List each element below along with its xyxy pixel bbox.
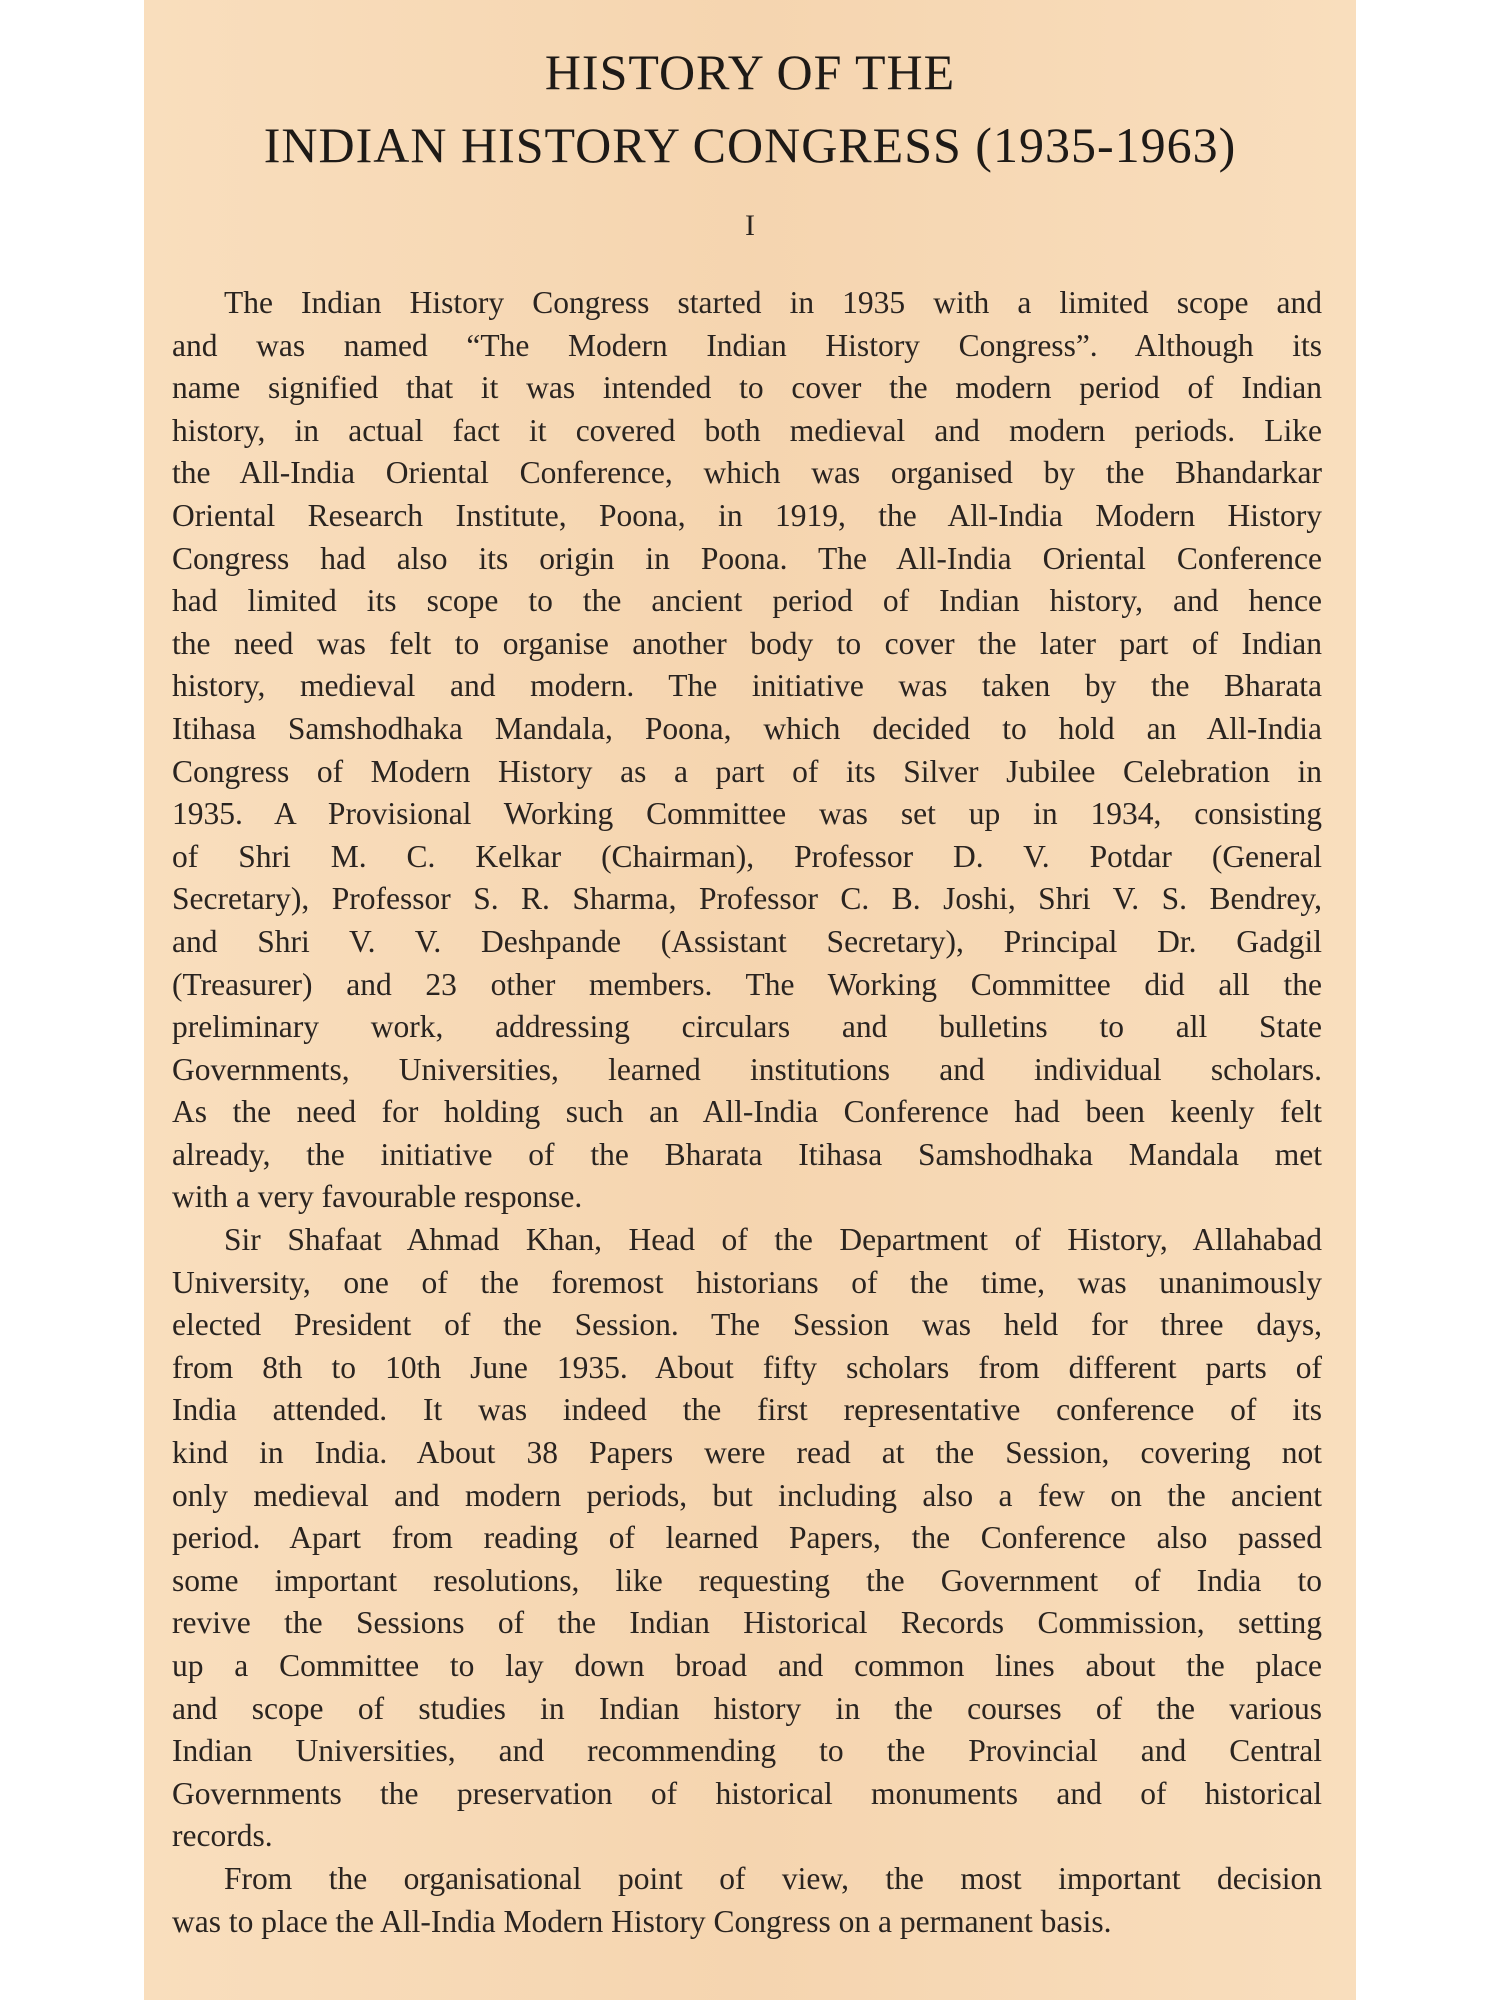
text-line: Itihasa Samshodhaka Mandala, Poona, whic…	[172, 708, 1322, 751]
page-title-line-1: HISTORY OF THE	[144, 42, 1356, 102]
text-line: Sir Shafaat Ahmad Khan, Head of the Depa…	[172, 1219, 1322, 1262]
paragraph: From the organisational point of view, t…	[172, 1858, 1322, 1943]
text-line: records.	[172, 1815, 1322, 1858]
text-line: was to place the All-India Modern Histor…	[172, 1901, 1322, 1944]
text-line: Secretary), Professor S. R. Sharma, Prof…	[172, 878, 1322, 921]
text-line: the All-India Oriental Conference, which…	[172, 452, 1322, 495]
text-line: had limited its scope to the ancient per…	[172, 580, 1322, 623]
text-line: preliminary work, addressing circulars a…	[172, 1006, 1322, 1049]
text-line: As the need for holding such an All-Indi…	[172, 1091, 1322, 1134]
text-line: revive the Sessions of the Indian Histor…	[172, 1602, 1322, 1645]
text-line: Congress had also its origin in Poona. T…	[172, 538, 1322, 581]
text-line: and was named “The Modern Indian History…	[172, 325, 1322, 368]
text-line: name signified that it was intended to c…	[172, 367, 1322, 410]
text-line: only medieval and modern periods, but in…	[172, 1475, 1322, 1518]
page-title-line-2: INDIAN HISTORY CONGRESS (1935-1963)	[144, 112, 1356, 178]
text-line: Congress of Modern History as a part of …	[172, 751, 1322, 794]
text-line: history, medieval and modern. The initia…	[172, 665, 1322, 708]
paragraph: The Indian History Congress started in 1…	[172, 282, 1322, 1219]
text-line: University, one of the foremost historia…	[172, 1262, 1322, 1305]
text-line: and scope of studies in Indian history i…	[172, 1688, 1322, 1731]
text-line: the need was felt to organise another bo…	[172, 623, 1322, 666]
text-line: period. Apart from reading of learned Pa…	[172, 1517, 1322, 1560]
text-line: Indian Universities, and recommending to…	[172, 1730, 1322, 1773]
text-line: from 8th to 10th June 1935. About fifty …	[172, 1347, 1322, 1390]
text-line: some important resolutions, like request…	[172, 1560, 1322, 1603]
text-line: already, the initiative of the Bharata I…	[172, 1134, 1322, 1177]
text-line: history, in actual fact it covered both …	[172, 410, 1322, 453]
text-line: Oriental Research Institute, Poona, in 1…	[172, 495, 1322, 538]
body-text: The Indian History Congress started in 1…	[172, 282, 1322, 1943]
section-numeral: I	[144, 208, 1356, 244]
text-line: Governments the preservation of historic…	[172, 1773, 1322, 1816]
text-line: India attended. It was indeed the first …	[172, 1389, 1322, 1432]
scanned-page: HISTORY OF THE INDIAN HISTORY CONGRESS (…	[144, 0, 1356, 2000]
text-line: 1935. A Provisional Working Committee wa…	[172, 793, 1322, 836]
text-line: and Shri V. V. Deshpande (Assistant Secr…	[172, 921, 1322, 964]
text-line: elected President of the Session. The Se…	[172, 1304, 1322, 1347]
text-line: kind in India. About 38 Papers were read…	[172, 1432, 1322, 1475]
text-line: From the organisational point of view, t…	[172, 1858, 1322, 1901]
text-line: up a Committee to lay down broad and com…	[172, 1645, 1322, 1688]
text-line: with a very favourable response.	[172, 1176, 1322, 1219]
text-line: The Indian History Congress started in 1…	[172, 282, 1322, 325]
text-line: Governments, Universities, learned insti…	[172, 1049, 1322, 1092]
paragraph: Sir Shafaat Ahmad Khan, Head of the Depa…	[172, 1219, 1322, 1858]
text-line: of Shri M. C. Kelkar (Chairman), Profess…	[172, 836, 1322, 879]
text-line: (Treasurer) and 23 other members. The Wo…	[172, 964, 1322, 1007]
